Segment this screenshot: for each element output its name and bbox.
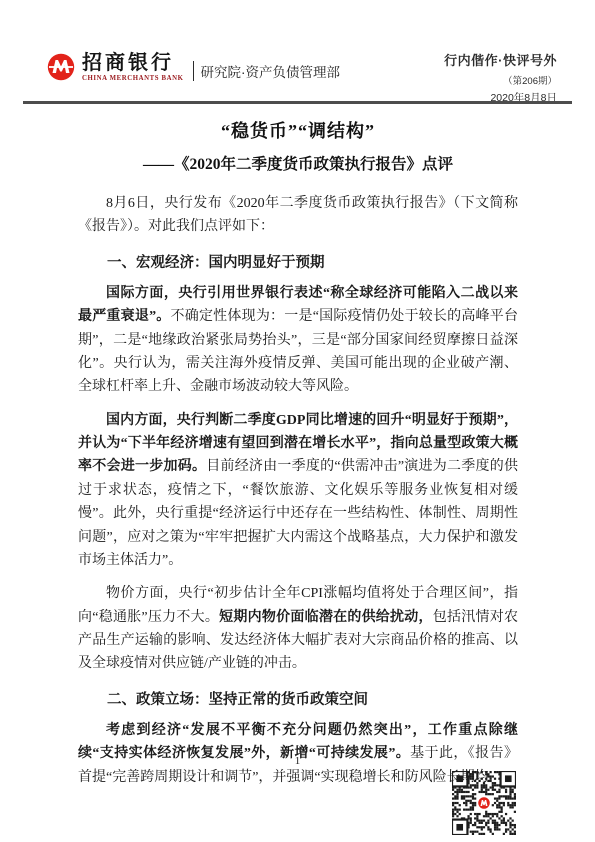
page-number: 1	[0, 755, 595, 767]
logo-text: 招商银行 CHINA MERCHANTS BANK	[82, 53, 184, 82]
qr-code	[452, 771, 516, 835]
cmb-logo: 招商银行 CHINA MERCHANTS BANK	[46, 52, 184, 82]
body-paragraph: 国内方面，央行判断二季度GDP同比增速的回升“明显好于预期”，并认为“下半年经济…	[78, 409, 518, 573]
bank-name-en: CHINA MERCHANTS BANK	[82, 75, 184, 82]
bank-name: 招商银行	[82, 53, 174, 74]
cmb-logo-icon	[46, 52, 76, 82]
report-header: 招商银行 CHINA MERCHANTS BANK 研究院·资产负债管理部 行内…	[46, 52, 557, 105]
report-body: 8月6日，央行发布《2020年二季度货币政策执行报告》（下文简称《报告》）。对此…	[78, 192, 518, 789]
series-title: 行内偕作·快评号外	[444, 50, 557, 69]
section-heading: 二、政策立场：坚持正常的货币政策空间	[78, 688, 518, 709]
header-right: 行内偕作·快评号外 （第206期） 2020年8月8日	[444, 50, 557, 105]
section-heading: 一、宏观经济：国内明显好于预期	[78, 251, 518, 272]
body-paragraph: 物价方面，央行“初步估计全年CPI涨幅均值将处于合理区间”，指向“稳通胀”压力不…	[78, 582, 518, 676]
issue-number: （第206期）	[444, 73, 557, 87]
header-left: 招商银行 CHINA MERCHANTS BANK 研究院·资产负债管理部	[46, 52, 340, 82]
document-page: 招商银行 CHINA MERCHANTS BANK 研究院·资产负债管理部 行内…	[0, 0, 595, 842]
report-main: “稳货币”“调结构” ——《2020年二季度货币政策执行报告》点评 8月6日，央…	[78, 117, 518, 799]
header-rule	[23, 101, 572, 104]
header-divider-bar	[193, 61, 194, 81]
department-label: 研究院·资产负债管理部	[201, 65, 341, 82]
report-subtitle: ——《2020年二季度货币政策执行报告》点评	[78, 152, 518, 174]
body-paragraph: 国际方面，央行引用世界银行表述“称全球经济可能陷入二战以来最严重衰退”。不确定性…	[78, 282, 518, 399]
body-paragraph: 8月6日，央行发布《2020年二季度货币政策执行报告》（下文简称《报告》）。对此…	[78, 192, 518, 239]
report-title: “稳货币”“调结构”	[78, 117, 518, 143]
